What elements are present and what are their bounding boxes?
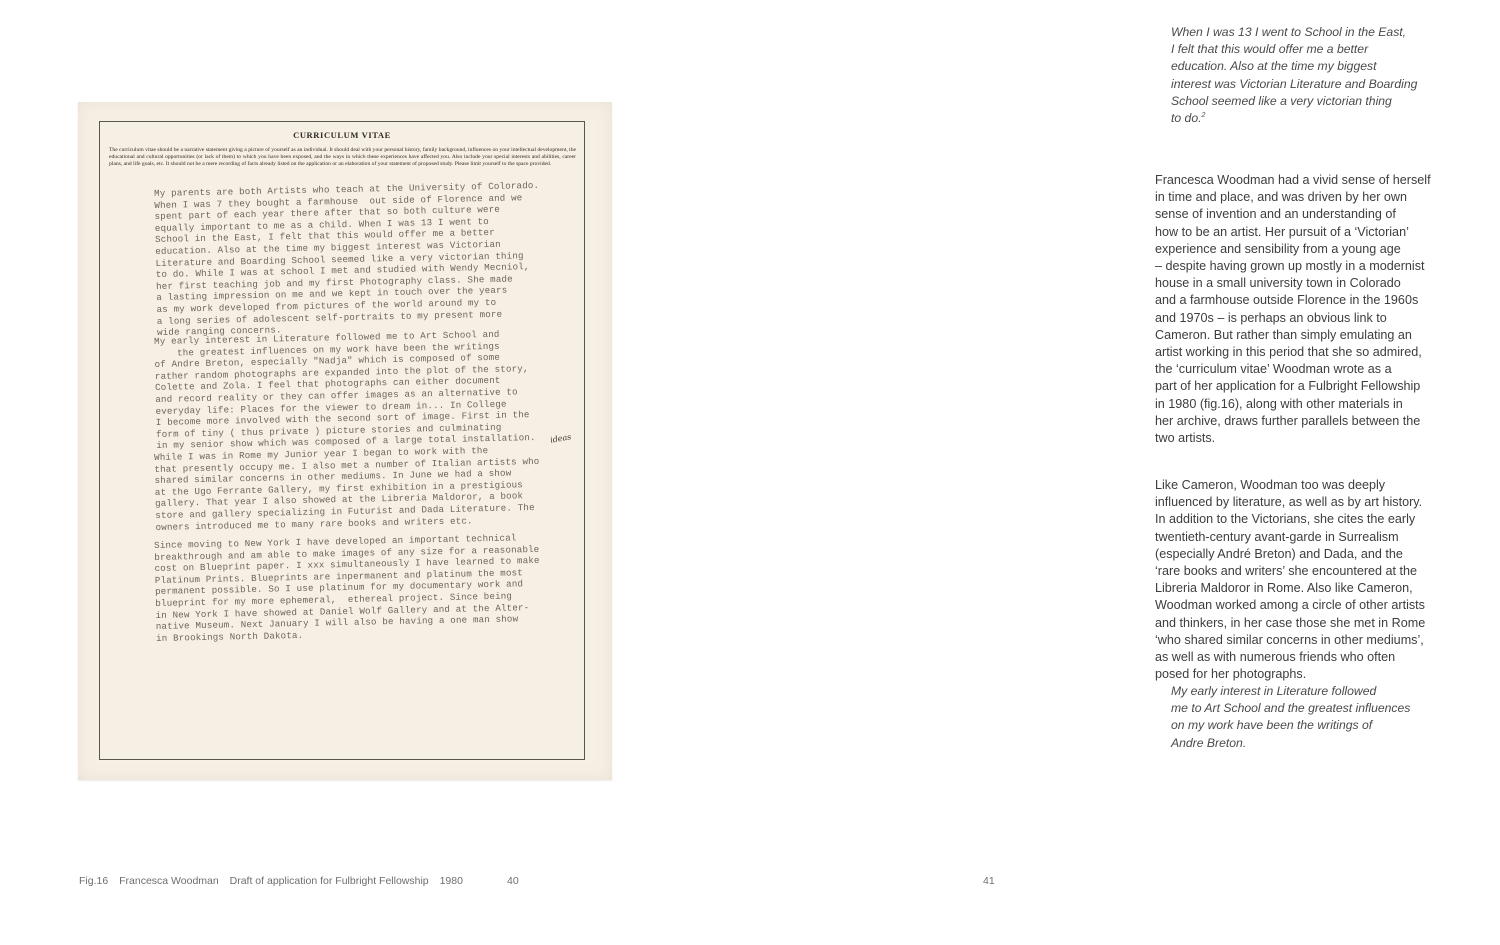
body-line: and a farmhouse outside Florence in the … [1155, 292, 1445, 309]
body-paragraph-2: Like Cameron, Woodman too was deeply inf… [1155, 477, 1445, 683]
quote-line: School seemed like a very victorian thin… [1171, 93, 1451, 110]
typed-paragraph: While I was in Rome my Junior year I beg… [154, 443, 582, 533]
body-line: in 1980 (fig.16), along with other mater… [1155, 396, 1445, 413]
body-line: Like Cameron, Woodman too was deeply [1155, 477, 1445, 494]
quote-line-text: to do. [1171, 111, 1202, 125]
body-line: posed for her photographs. [1155, 666, 1445, 683]
body-line: Cameron. But rather than simply emulatin… [1155, 327, 1445, 344]
book-spread: CURRICULUM VITAE The curriculum vitae sh… [0, 0, 1500, 945]
quote-line: education. Also at the time my biggest [1171, 58, 1451, 75]
quote-line: on my work have been the writings of [1171, 717, 1451, 734]
body-line: the ‘curriculum vitae’ Woodman wrote as … [1155, 361, 1445, 378]
body-line: Francesca Woodman had a vivid sense of h… [1155, 172, 1445, 189]
quote-line: My early interest in Literature followed [1171, 683, 1451, 700]
body-line: sense of invention and an understanding … [1155, 206, 1445, 223]
typed-paragraph: My parents are both Artists who teach at… [154, 179, 583, 339]
caption-artist: Francesca Woodman [119, 875, 219, 887]
pull-quote-bottom: My early interest in Literature followed… [1171, 683, 1451, 752]
body-line: influenced by literature, as well as by … [1155, 494, 1445, 511]
body-line: Woodman worked among a circle of other a… [1155, 597, 1445, 614]
body-line: and 1970s – is perhaps an obvious link t… [1155, 310, 1445, 327]
body-line: experience and sensibility from a young … [1155, 241, 1445, 258]
quote-line: to do.2 [1171, 110, 1451, 127]
form-border: CURRICULUM VITAE The curriculum vitae sh… [99, 121, 585, 760]
quote-line: I felt that this would offer me a better [1171, 41, 1451, 58]
figure-number: Fig.16 [79, 875, 108, 887]
quote-line: Andre Breton. [1171, 735, 1451, 752]
body-line: house in a small university town in Colo… [1155, 275, 1445, 292]
body-line: as well as with numerous friends who oft… [1155, 649, 1445, 666]
body-line: artist working in this period that she s… [1155, 344, 1445, 361]
caption-year: 1980 [440, 875, 463, 887]
body-line: how to be an artist. Her pursuit of a ‘V… [1155, 224, 1445, 241]
caption-title: Draft of application for Fulbright Fello… [230, 875, 429, 887]
body-line: two artists. [1155, 430, 1445, 447]
body-line: her archive, draws further parallels bet… [1155, 413, 1445, 430]
body-line: part of her application for a Fulbright … [1155, 378, 1445, 395]
body-line: twentieth-century avant-garde in Surreal… [1155, 529, 1445, 546]
curriculum-vitae-document-scan: CURRICULUM VITAE The curriculum vitae sh… [78, 102, 612, 780]
pull-quote-top: When I was 13 I went to School in the Ea… [1171, 24, 1451, 127]
footnote-marker: 2 [1202, 112, 1206, 119]
form-instructions: The curriculum vitae should be a narrati… [109, 147, 576, 169]
quote-line: interest was Victorian Literature and Bo… [1171, 76, 1451, 93]
body-line: In addition to the Victorians, she cites… [1155, 511, 1445, 528]
page-number-left: 40 [507, 875, 519, 887]
form-title: CURRICULUM VITAE [100, 130, 584, 140]
figure-caption: Fig.16 Francesca Woodman Draft of applic… [79, 875, 471, 887]
body-line: ‘who shared similar concerns in other me… [1155, 632, 1445, 649]
body-line: (especially André Breton) and Dada, and … [1155, 546, 1445, 563]
page-number-right: 41 [983, 875, 995, 887]
body-paragraph-1: Francesca Woodman had a vivid sense of h… [1155, 172, 1445, 447]
body-line: – despite having grown up mostly in a mo… [1155, 258, 1445, 275]
typed-paragraph: Since moving to New York I have develope… [154, 531, 582, 644]
quote-line: When I was 13 I went to School in the Ea… [1171, 24, 1451, 41]
body-line: in time and place, and was driven by her… [1155, 189, 1445, 206]
quote-line: me to Art School and the greatest influe… [1171, 700, 1451, 717]
body-line: Libreria Maldoror in Rome. Also like Cam… [1155, 580, 1445, 597]
body-line: and thinkers, in her case those she met … [1155, 615, 1445, 632]
body-line: ‘rare books and writers’ she encountered… [1155, 563, 1445, 580]
typed-paragraph: My early interest in Literature followed… [154, 327, 582, 452]
